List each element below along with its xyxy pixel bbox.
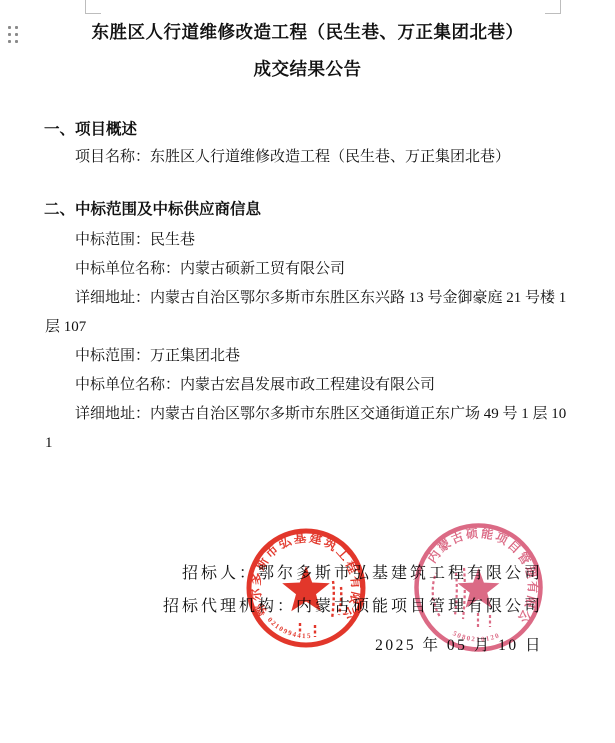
winner-name-line-2: 中标单位名称：内蒙古宏昌发展市政工程建设有限公司 xyxy=(75,375,435,395)
project-name-line: 项目名称：东胜区人行道维修改造工程（民生巷、万正集团北巷） xyxy=(75,147,510,167)
svg-text:5080210120: 5080210120 xyxy=(451,629,501,643)
address-line-2: 详细地址：内蒙古自治区鄂尔多斯市东胜区交通街道正东广场 49 号 1 层 10 xyxy=(75,404,566,424)
seal-company-arc-text: 内蒙古硕能项目管理有限公司 xyxy=(412,521,541,626)
address-line-1-cont: 层 107 xyxy=(45,317,86,337)
bidder-company-seal: 鄂尔多斯市弘基建筑工程有限公司 0210994415 xyxy=(245,527,367,654)
svg-text:内蒙古硕能项目管理有限公司: 内蒙古硕能项目管理有限公司 xyxy=(412,521,541,626)
agency-company-seal: 内蒙古硕能项目管理有限公司 5080210120 xyxy=(412,521,545,659)
document-title-line2: 成交结果公告 xyxy=(0,56,615,81)
address-line-1: 详细地址：内蒙古自治区鄂尔多斯市东胜区东兴路 13 号金御豪庭 21 号楼 1 xyxy=(75,288,566,308)
section2-heading: 二、中标范围及中标供应商信息 xyxy=(44,200,261,220)
scope-line-2: 中标范围：万正集团北巷 xyxy=(75,346,240,366)
page-margin-mark-left xyxy=(85,0,101,14)
scope-line-1: 中标范围：民生巷 xyxy=(75,230,195,250)
document-title-line1: 东胜区人行道维修改造工程（民生巷、万正集团北巷） xyxy=(0,19,615,44)
seal-star-icon xyxy=(282,566,330,611)
document-page: 东胜区人行道维修改造工程（民生巷、万正集团北巷） 成交结果公告 一、项目概述 项… xyxy=(0,0,615,743)
section1-heading: 一、项目概述 xyxy=(44,120,137,140)
seal-serial-number: 5080210120 xyxy=(451,629,501,643)
page-margin-mark-right xyxy=(545,0,561,14)
address-line-2-cont: 1 xyxy=(45,433,53,453)
winner-name-line-1: 中标单位名称：内蒙古硕新工贸有限公司 xyxy=(75,259,345,279)
